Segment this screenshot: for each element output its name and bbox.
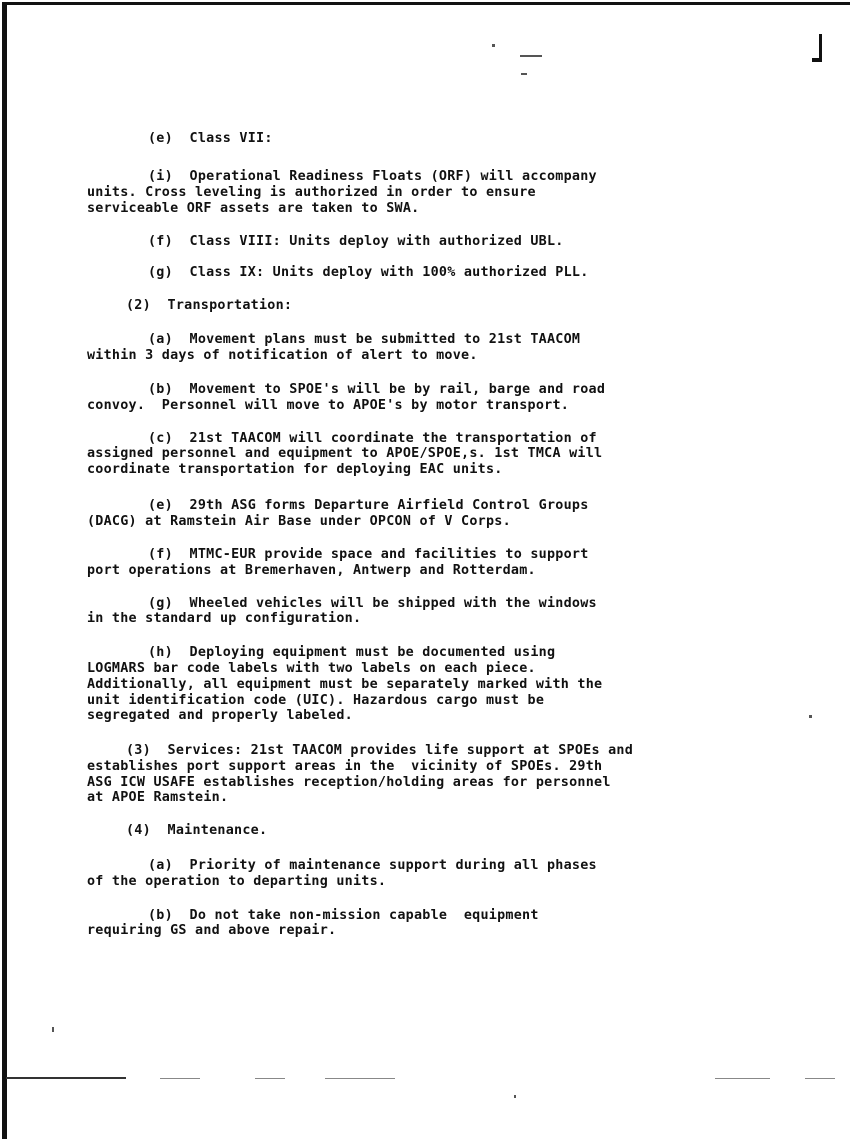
- document-line: of the operation to departing units.: [87, 874, 386, 890]
- scan-footer-line: [6, 1077, 126, 1079]
- document-line: (DACG) at Ramstein Air Base under OPCON …: [87, 514, 511, 530]
- scan-edge-left: [2, 2, 7, 1139]
- scan-edge-top: [3, 2, 850, 5]
- document-line: (i) Operational Readiness Floats (ORF) w…: [148, 169, 597, 185]
- document-line: at APOE Ramstein.: [87, 790, 228, 806]
- scan-speck: [492, 44, 495, 47]
- document-line: in the standard up configuration.: [87, 611, 361, 627]
- document-line: Additionally, all equipment must be sepa…: [87, 677, 602, 693]
- scan-speck: [52, 1027, 54, 1032]
- document-line: coordinate transportation for deploying …: [87, 462, 503, 478]
- document-line: units. Cross leveling is authorized in o…: [87, 185, 536, 201]
- document-line: serviceable ORF assets are taken to SWA.: [87, 201, 419, 217]
- document-line: (a) Movement plans must be submitted to …: [148, 332, 580, 348]
- document-line: (g) Class IX: Units deploy with 100% aut…: [148, 265, 589, 281]
- document-line: (e) Class VII:: [148, 131, 273, 147]
- document-line: port operations at Bremerhaven, Antwerp …: [87, 563, 536, 579]
- document-line: (h) Deploying equipment must be document…: [148, 645, 555, 661]
- document-line: within 3 days of notification of alert t…: [87, 348, 478, 364]
- document-line: (b) Movement to SPOE's will be by rail, …: [148, 382, 605, 398]
- document-line: (f) MTMC-EUR provide space and facilitie…: [148, 547, 589, 563]
- scan-footer-line: [715, 1078, 770, 1079]
- document-line: (b) Do not take non-mission capable equi…: [148, 908, 539, 924]
- scan-speck: [521, 73, 527, 75]
- document-line: (f) Class VIII: Units deploy with author…: [148, 234, 564, 250]
- scan-mark: [812, 58, 822, 62]
- document-line: convoy. Personnel will move to APOE's by…: [87, 398, 569, 414]
- scan-footer-line: [160, 1078, 200, 1079]
- scan-footer-line: [255, 1078, 285, 1079]
- document-line: (e) 29th ASG forms Departure Airfield Co…: [148, 498, 589, 514]
- scan-speck: [514, 1095, 516, 1098]
- document-line: requiring GS and above repair.: [87, 923, 336, 939]
- document-line: (4) Maintenance.: [126, 823, 267, 839]
- document-line: (a) Priority of maintenance support duri…: [148, 858, 597, 874]
- document-line: segregated and properly labeled.: [87, 708, 353, 724]
- document-line: (c) 21st TAACOM will coordinate the tran…: [148, 431, 597, 447]
- scan-footer-line: [325, 1078, 395, 1079]
- scan-footer-line: [805, 1078, 835, 1079]
- scan-speck: [809, 715, 812, 718]
- document-line: assigned personnel and equipment to APOE…: [87, 446, 602, 462]
- document-line: ASG ICW USAFE establishes reception/hold…: [87, 775, 611, 791]
- document-line: LOGMARS bar code labels with two labels …: [87, 661, 536, 677]
- document-line: (g) Wheeled vehicles will be shipped wit…: [148, 596, 597, 612]
- document-line: unit identification code (UIC). Hazardou…: [87, 693, 544, 709]
- document-line: (2) Transportation:: [126, 298, 292, 314]
- scan-speck: [520, 55, 542, 57]
- document-line: establishes port support areas in the vi…: [87, 759, 602, 775]
- document-line: (3) Services: 21st TAACOM provides life …: [126, 743, 633, 759]
